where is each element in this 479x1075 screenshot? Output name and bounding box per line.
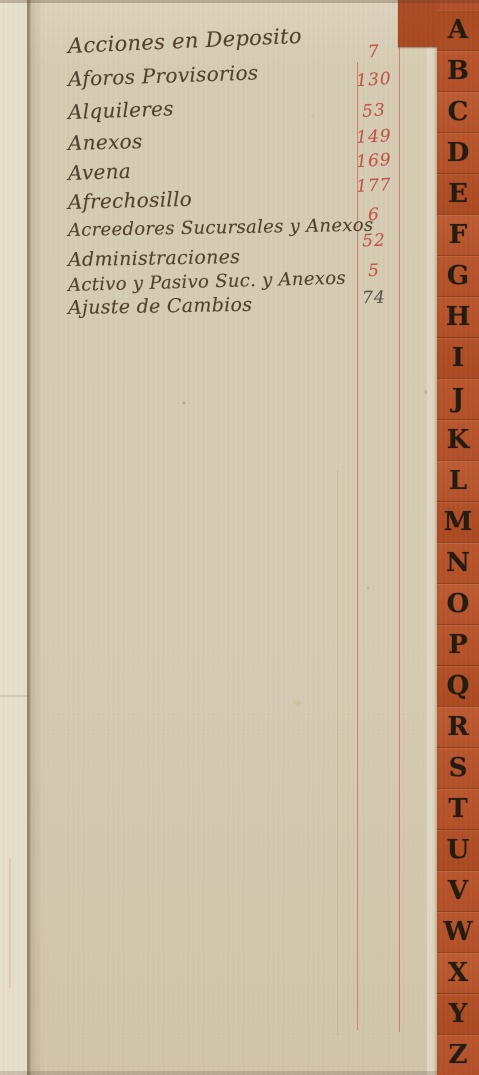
tab-letter-glyph: I — [452, 345, 464, 371]
tab-letter-w: W — [437, 911, 479, 952]
tab-letter-glyph: T — [448, 796, 467, 822]
tab-letter-d: D — [437, 132, 479, 173]
tab-letter-t: T — [437, 788, 479, 829]
tab-letter-glyph: N — [446, 550, 470, 576]
entry-page-number: 53 — [349, 99, 398, 122]
entry-page-number: 6 — [350, 204, 399, 226]
entry-page-number: 74 — [350, 287, 399, 309]
tab-letter-glyph: Q — [447, 673, 470, 699]
entry-title: Afrechosillo — [68, 187, 193, 214]
entry-page-number: 130 — [349, 68, 398, 91]
tab-letter-c: C — [437, 91, 479, 132]
tab-letter-glyph: O — [447, 591, 470, 617]
tab-letter-o: O — [437, 583, 479, 624]
underlying-page-edge — [0, 0, 28, 1075]
tab-letter-n: N — [437, 542, 479, 583]
scanned-ledger-index-page: Acciones en Deposito7Aforos Provisorios1… — [0, 0, 479, 1075]
scan-bottom-edge — [0, 1071, 437, 1075]
tab-letter-glyph: D — [447, 140, 470, 166]
tab-letter-glyph: C — [448, 99, 469, 125]
tab-letter-p: P — [437, 624, 479, 665]
tab-letter-glyph: U — [447, 837, 470, 863]
tab-letter-glyph: Z — [449, 1042, 468, 1068]
entry-page-number: 177 — [350, 175, 399, 197]
paper-crease — [337, 470, 338, 1035]
tab-letter-glyph: X — [448, 960, 468, 986]
entry-title: Alquileres — [68, 96, 175, 124]
tab-letter-glyph: A — [448, 17, 468, 43]
scan-top-edge — [0, 0, 479, 3]
tab-letter-z: Z — [437, 1034, 479, 1075]
tab-letter-y: Y — [437, 993, 479, 1034]
tab-letter-glyph: G — [447, 263, 469, 289]
tab-letter-glyph: V — [448, 878, 468, 904]
tab-letter-glyph: F — [449, 222, 467, 248]
page-edge-seam — [0, 695, 28, 697]
entry-title: Avena — [68, 159, 132, 185]
tab-letter-s: S — [437, 747, 479, 788]
binding-shadow — [31, 0, 43, 1075]
tab-letter-x: X — [437, 952, 479, 993]
tab-letter-glyph: K — [447, 427, 470, 453]
tab-letter-q: Q — [437, 665, 479, 706]
tab-letter-glyph: L — [449, 468, 467, 494]
tab-letter-b: B — [437, 50, 479, 91]
tab-letter-glyph: H — [446, 304, 471, 330]
tab-letter-a: A — [437, 10, 479, 50]
tab-letter-glyph: W — [443, 919, 472, 945]
entry-title: Acreedores Sucursales y Anexos — [68, 215, 374, 241]
tab-letter-glyph: Y — [449, 1001, 468, 1027]
entry-page-number: 7 — [349, 40, 399, 64]
entry-page-number: 149 — [350, 126, 399, 148]
tab-letter-glyph: P — [448, 632, 468, 658]
tab-letter-j: J — [437, 378, 479, 419]
entry-title: Ajuste de Cambios — [68, 294, 253, 319]
tab-letter-u: U — [437, 829, 479, 870]
entry-title: Administraciones — [68, 246, 241, 271]
tab-letter-h: H — [437, 296, 479, 337]
entry-page-number: 52 — [350, 230, 399, 252]
entry-page-number: 5 — [350, 260, 399, 282]
tab-letter-r: R — [437, 706, 479, 747]
tab-letter-glyph: E — [448, 181, 468, 207]
tab-letter-e: E — [437, 173, 479, 214]
tab-letter-glyph: R — [447, 714, 469, 740]
tab-letter-v: V — [437, 870, 479, 911]
alphabet-tab-index: ABCDEFGHIJKLMNOPQRSTUVWXYZ — [437, 0, 479, 1075]
entry-title: Activo y Pasivo Suc. y Anexos — [68, 268, 346, 296]
tab-letter-g: G — [437, 255, 479, 296]
ink-transfer-mark — [9, 858, 11, 988]
tab-letter-l: L — [437, 460, 479, 501]
tab-letter-i: I — [437, 337, 479, 378]
entry-title: Anexos — [68, 129, 143, 155]
index-page-paper: Acciones en Deposito7Aforos Provisorios1… — [0, 0, 437, 1075]
tab-letter-glyph: J — [452, 386, 464, 412]
entry-title: Aforos Provisorios — [68, 60, 259, 91]
ruled-line-right — [399, 40, 400, 1032]
tab-letter-f: F — [437, 214, 479, 255]
tab-letter-m: M — [437, 501, 479, 542]
tab-a-extension — [398, 0, 437, 47]
tab-letter-glyph: M — [444, 509, 473, 535]
tab-card-edge — [427, 42, 437, 1075]
tab-letter-glyph: S — [449, 755, 468, 781]
tab-letter-glyph: B — [447, 58, 469, 84]
tab-letter-k: K — [437, 419, 479, 460]
entry-title: Acciones en Deposito — [67, 24, 302, 58]
entry-page-number: 169 — [349, 149, 398, 172]
